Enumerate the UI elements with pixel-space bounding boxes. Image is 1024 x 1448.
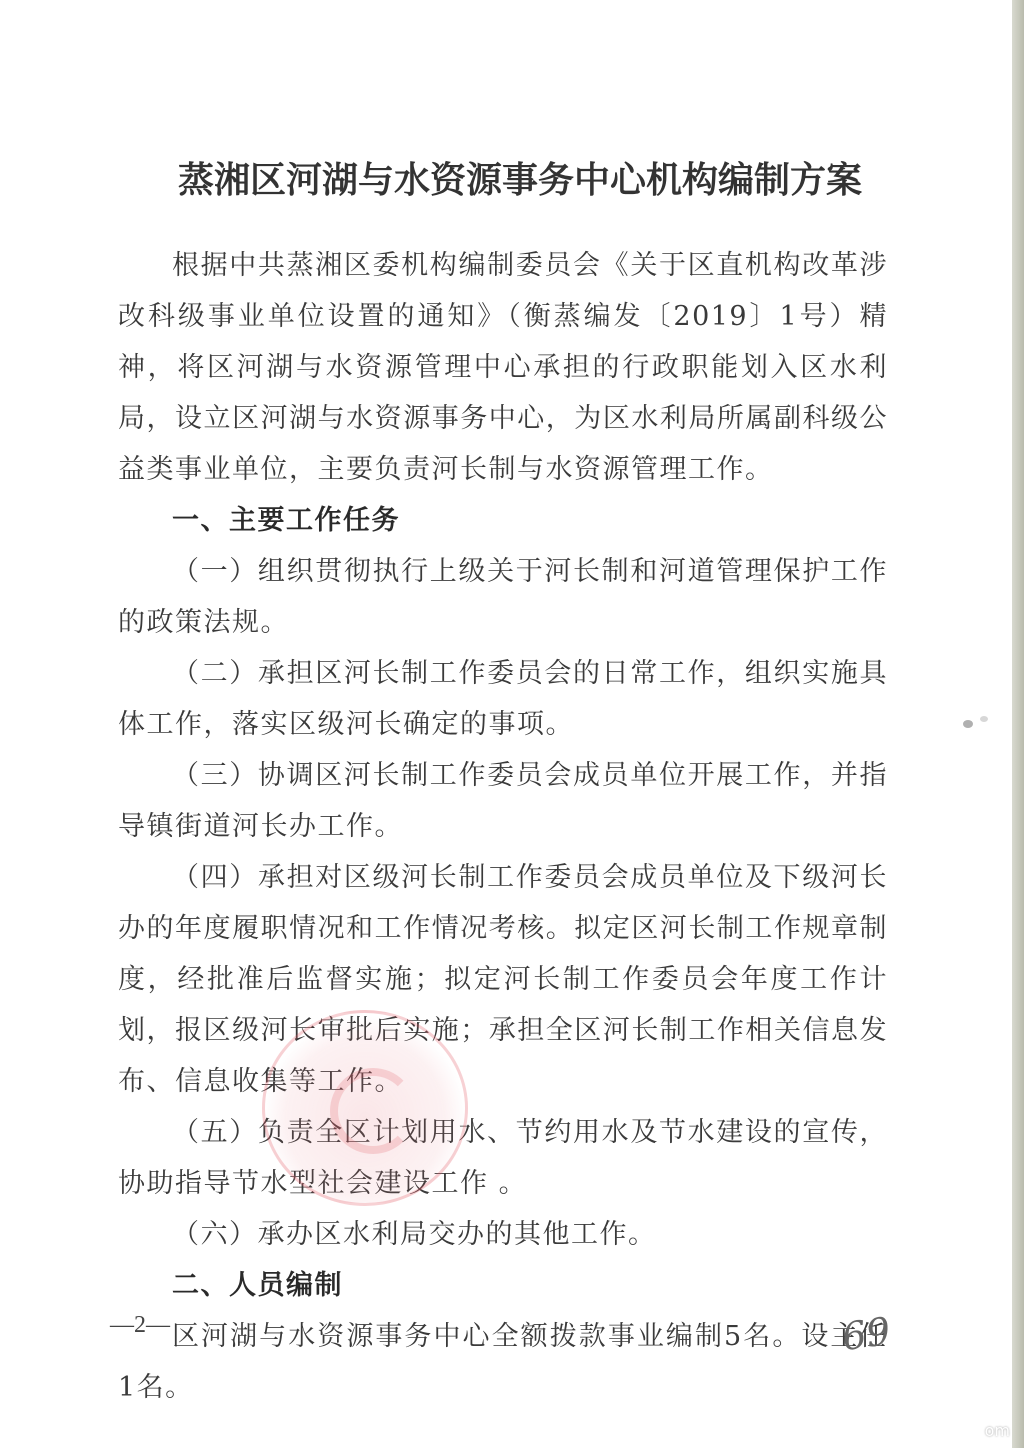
scan-smudge — [980, 716, 988, 722]
staffing-paragraph: 区河湖与水资源事务中心全额拨款事业编制5名。设主任1名。 — [118, 1311, 888, 1413]
task-item-6: （六）承办区水利局交办的其他工作。 — [118, 1209, 888, 1260]
page-title: 蒸湘区河湖与水资源事务中心机构编制方案 — [0, 152, 1024, 203]
page-number: —2— — [110, 1312, 170, 1339]
handwritten-page-annotation: 69 — [839, 1309, 893, 1359]
intro-paragraph: 根据中共蒸湘区委机构编制委员会《关于区直机构改革涉改科级事业单位设置的通知》（衡… — [118, 240, 888, 495]
task-item-3: （三）协调区河长制工作委员会成员单位开展工作，并指导镇街道河长办工作。 — [118, 750, 888, 852]
watermark-text: om — [985, 1421, 1010, 1440]
task-item-1: （一）组织贯彻执行上级关于河长制和河道管理保护工作的政策法规。 — [118, 546, 888, 648]
task-item-4: （四）承担对区级河长制工作委员会成员单位及下级河长办的年度履职情况和工作情况考核… — [118, 852, 888, 1107]
task-item-2: （二）承担区河长制工作委员会的日常工作，组织实施具体工作，落实区级河长确定的事项… — [118, 648, 888, 750]
task-item-5: （五）负责全区计划用水、节约用水及节水建设的宣传，协助指导节水型社会建设工作 。 — [118, 1107, 888, 1209]
scan-edge-strip — [1012, 0, 1024, 1448]
section-heading-tasks: 一、主要工作任务 — [118, 495, 888, 546]
section-heading-staffing: 二、人员编制 — [118, 1260, 888, 1311]
document-body: 根据中共蒸湘区委机构编制委员会《关于区直机构改革涉改科级事业单位设置的通知》（衡… — [118, 240, 888, 1413]
scan-smudge — [963, 720, 973, 728]
